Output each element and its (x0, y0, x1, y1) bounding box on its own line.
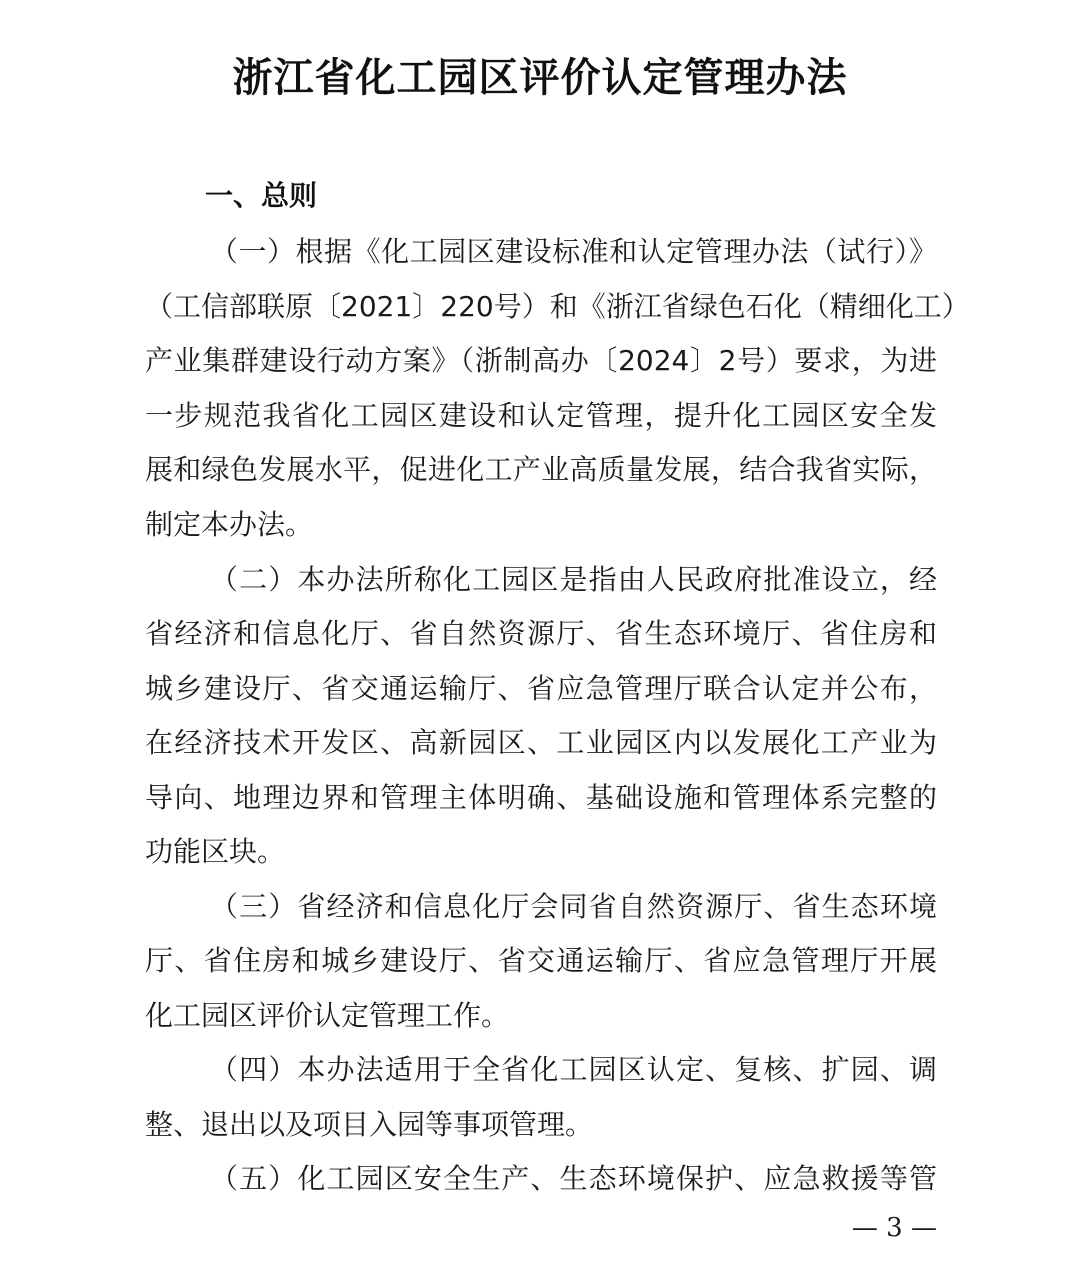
paragraph-1-line-3: 产业集群建设行动方案》（浙制高办〔2024〕2号）要求，为进 (145, 341, 937, 381)
document-page: 浙江省化工园区评价认定管理办法 一、总则 （一）根据《化工园区建设标准和认定管理… (0, 0, 1080, 1261)
paragraph-5-line-1: （五）化工园区安全生产、生态环境保护、应急救援等管 (210, 1159, 937, 1199)
paragraph-1-line-2: （工信部联原〔2021〕220号）和《浙江省绿色石化（精细化工） (145, 287, 937, 327)
paragraph-2-line-5: 导向、地理边界和管理主体明确、基础设施和管理体系完整的 (145, 778, 937, 818)
paragraph-2-line-3: 城乡建设厅、省交通运输厅、省应急管理厅联合认定并公布， (145, 669, 937, 709)
paragraph-1-line-6: 制定本办法。 (145, 505, 937, 545)
paragraph-4-line-1: （四）本办法适用于全省化工园区认定、复核、扩园、调 (210, 1050, 937, 1090)
paragraph-3-line-2: 厅、省住房和城乡建设厅、省交通运输厅、省应急管理厅开展 (145, 941, 937, 981)
section-heading: 一、总则 (205, 176, 317, 216)
paragraph-3-line-1: （三）省经济和信息化厅会同省自然资源厅、省生态环境 (210, 887, 937, 927)
page-number: — 3 — (845, 1210, 937, 1246)
paragraph-2-line-6: 功能区块。 (145, 832, 937, 872)
paragraph-3-line-3: 化工园区评价认定管理工作。 (145, 996, 937, 1036)
paragraph-1-line-1: （一）根据《化工园区建设标准和认定管理办法（试行）》 (210, 232, 937, 272)
paragraph-2-line-1: （二）本办法所称化工园区是指由人民政府批准设立，经 (210, 560, 937, 600)
document-title: 浙江省化工园区评价认定管理办法 (0, 52, 1080, 104)
paragraph-1-line-5: 展和绿色发展水平，促进化工产业高质量发展，结合我省实际， (145, 450, 937, 490)
paragraph-1-line-4: 一步规范我省化工园区建设和认定管理，提升化工园区安全发 (145, 396, 937, 436)
paragraph-4-line-2: 整、退出以及项目入园等事项管理。 (145, 1105, 937, 1145)
paragraph-2-line-2: 省经济和信息化厅、省自然资源厅、省生态环境厅、省住房和 (145, 614, 937, 654)
paragraph-2-line-4: 在经济技术开发区、高新园区、工业园区内以发展化工产业为 (145, 723, 937, 763)
